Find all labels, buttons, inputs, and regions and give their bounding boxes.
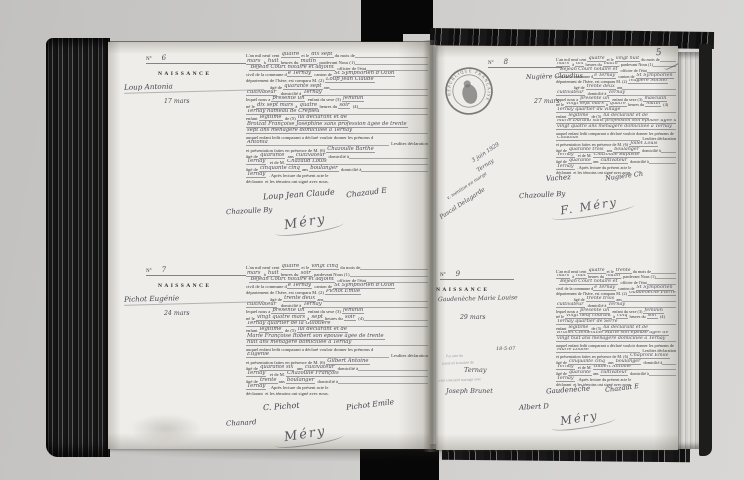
signature: Méry — [560, 408, 600, 428]
signature: Albert D — [519, 402, 549, 412]
act-signatures: GaudenècheAlbert DChazaut EMéry — [506, 384, 671, 448]
signature: Vachez — [545, 173, 570, 183]
left-page-edges — [46, 38, 110, 457]
birth-act-9: N°9 NAISSANCE Gaudenèche Marie Louise 29… — [436, 258, 678, 450]
act-number: N°6 — [146, 54, 246, 64]
register-right-page: 5 N°8 RÉPUBLIQUE FRANÇAISE Nugière Claud… — [436, 46, 678, 450]
signature: Méry — [283, 212, 327, 233]
marginal-note-line: passé en la mairie de — [442, 360, 474, 365]
act-body-text: L'an mil neuf cent quatre et le dix sept… — [246, 52, 428, 184]
signature: F. Méry — [560, 195, 620, 218]
signature: Nugière Ch — [605, 170, 644, 183]
margin-name: Loup Antonia — [124, 79, 264, 94]
marginal-note-line: 18-5-07 — [496, 346, 515, 352]
signature: Pichot Emile — [346, 397, 395, 412]
marginal-note-line: Ternay — [464, 366, 487, 374]
scanned-register-photo: N°6 NAISSANCE Loup Antonia 17 mars L'an … — [0, 0, 744, 480]
margin-date: 24 mars — [164, 310, 190, 317]
act-heading: NAISSANCE — [158, 71, 211, 77]
birth-act-7: N°7 NAISSANCE Pichot Eugénie 24 mars L'a… — [108, 254, 430, 449]
signature: Gaudenèche — [545, 384, 590, 395]
signature: Chanard — [226, 418, 257, 428]
signature: C. Pichot — [263, 401, 300, 413]
birth-act-6: N°6 NAISSANCE Loup Antonia 17 mars L'an … — [108, 42, 430, 254]
act-body-text: L'an mil neuf cent quatre et le trente d… — [556, 268, 676, 387]
act-heading: NAISSANCE — [436, 287, 489, 293]
signature: Chazaut E — [605, 382, 640, 394]
book-gutter-shadow — [423, 40, 439, 452]
signature: Méry — [283, 424, 327, 445]
margin-date: 29 mars — [460, 314, 486, 321]
marginal-note-line: Joseph Brunet — [446, 387, 493, 395]
act-signatures: C. PichotChanardPichot EmileMéry — [208, 400, 430, 449]
birth-act-8: N°8 RÉPUBLIQUE FRANÇAISE Nugière Claudiu… — [436, 46, 678, 258]
signature: Chazaud E — [346, 186, 388, 200]
signature: Chazoulle By — [226, 206, 273, 216]
marginal-note-line: Par acte du — [446, 354, 463, 359]
act-number: N°7 — [146, 266, 246, 276]
signature: Chazoulle By — [519, 190, 566, 200]
act-signatures: Loup Jean ClaudeChazoulle ByChazaud EMér… — [208, 188, 430, 252]
act-body-text: L'an mil neuf cent quatre et le vingt ci… — [246, 264, 428, 396]
act-heading: NAISSANCE — [158, 283, 211, 289]
book-cover-edge — [699, 44, 712, 456]
act-body-text: L'an mil neuf cent quatre et le vingt hu… — [556, 56, 676, 175]
right-page-edges — [678, 52, 701, 449]
act-signatures: VachezChazoulle ByNugière ChF. Méry — [506, 172, 671, 236]
margin-name: Pichot Eugénie — [124, 291, 264, 306]
margin-name: Gaudenèche Marie Louise — [438, 294, 534, 306]
margin-date: 17 mars — [164, 98, 190, 105]
marginal-note-line: a été contracté mariage avec — [438, 377, 481, 382]
register-left-page: N°6 NAISSANCE Loup Antonia 17 mars L'an … — [108, 42, 430, 449]
act-number: N°9 — [440, 270, 514, 280]
act-number: N°8 — [488, 58, 562, 68]
signature: Loup Jean Claude — [263, 188, 335, 202]
